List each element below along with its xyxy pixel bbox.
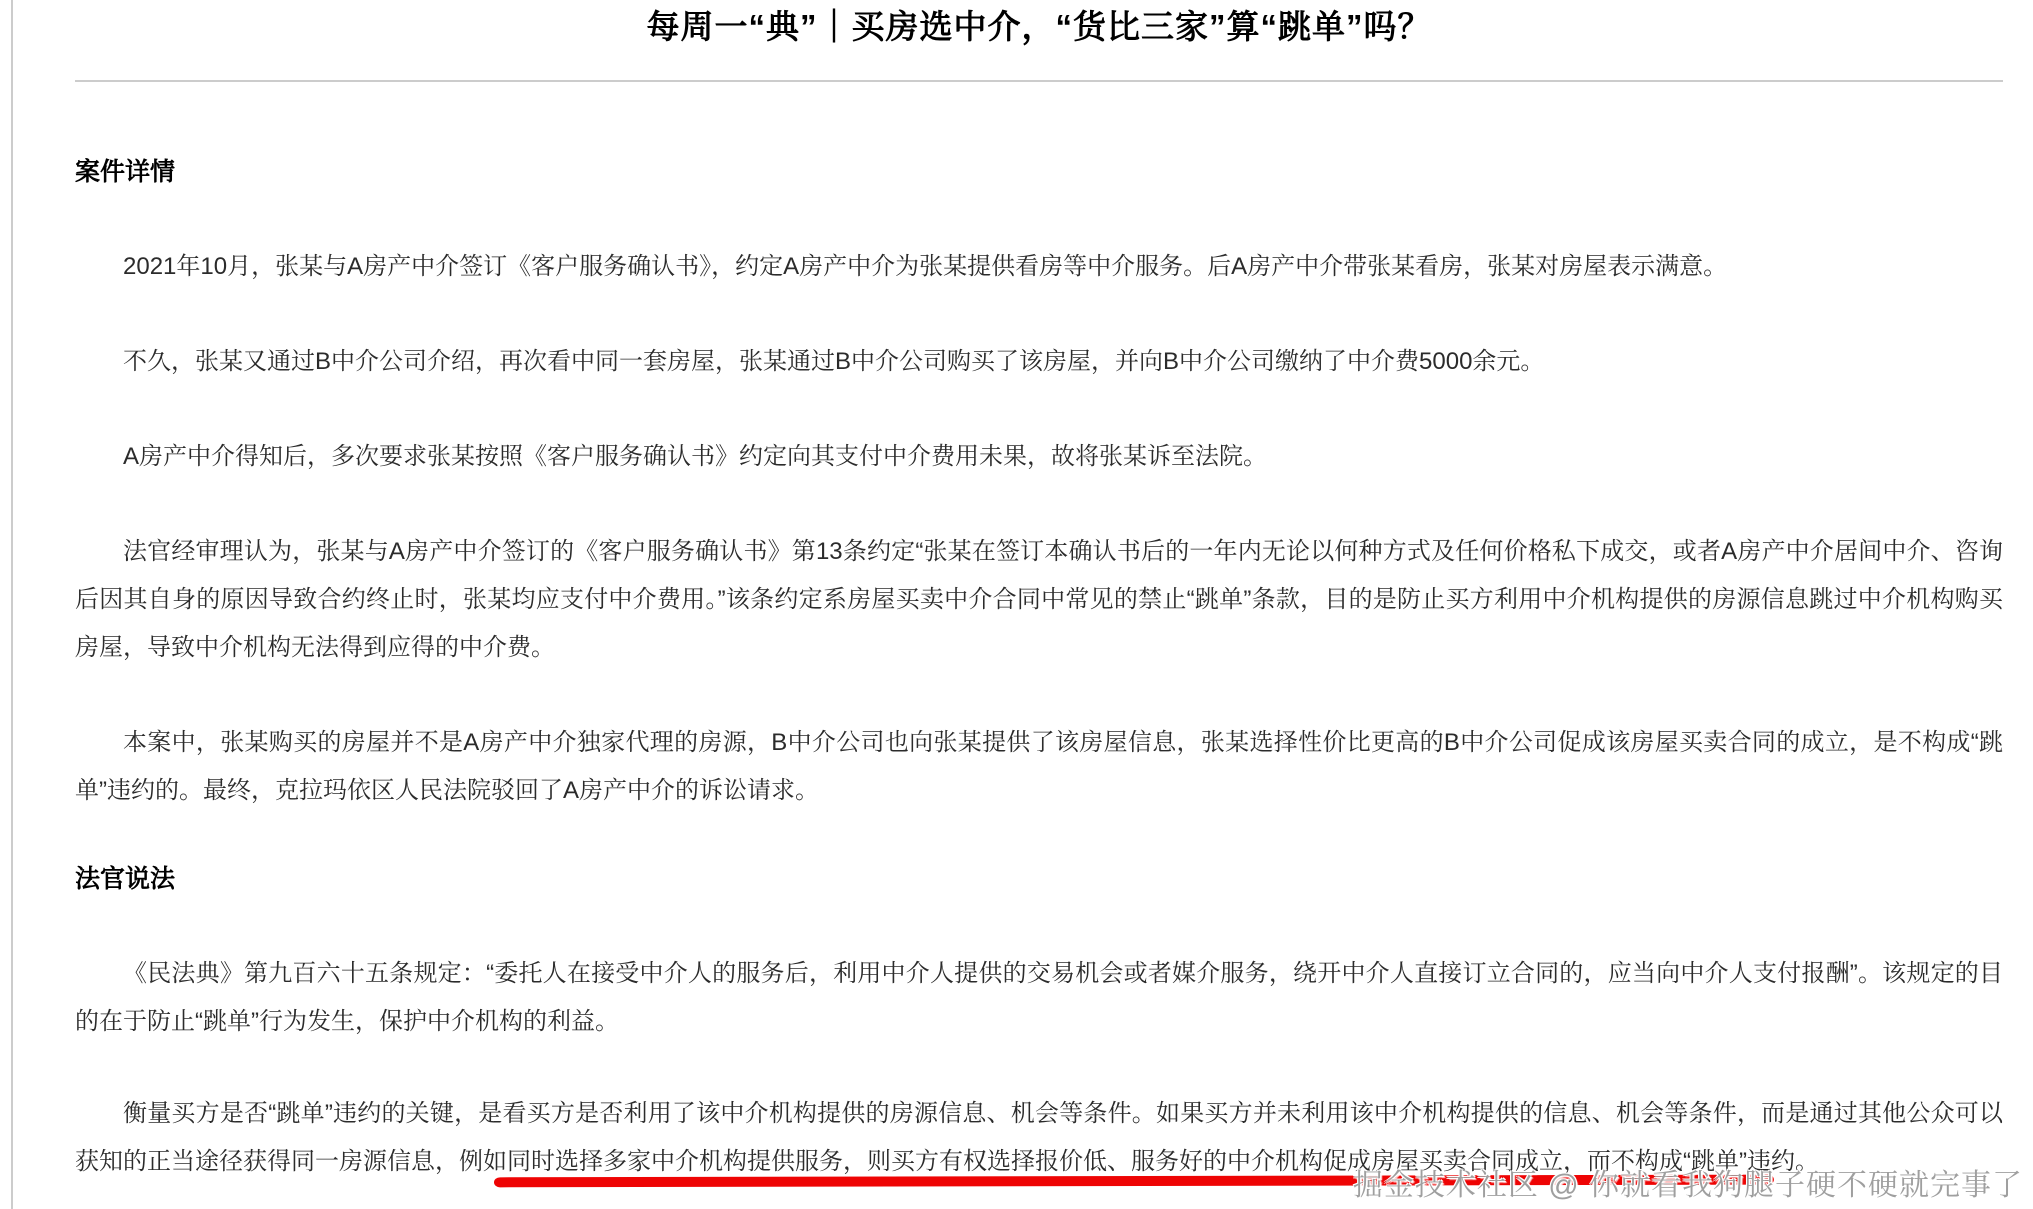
title-divider — [75, 80, 2003, 82]
paragraph: 2021年10月，张某与A房产中介签订《客户服务确认书》，约定A房产中介为张某提… — [75, 243, 2003, 291]
section-heading-case-details: 案件详情 — [75, 148, 2003, 196]
paragraph: 本案中，张某购买的房屋并不是A房产中介独家代理的房源，B中介公司也向张某提供了该… — [75, 719, 2003, 815]
article-title: 每周一“典”｜买房选中介，“货比三家”算“跳单”吗？ — [75, 0, 2003, 48]
paragraph: A房产中介得知后，多次要求张某按照《客户服务确认书》约定向其支付中介费用未果，故… — [75, 433, 2003, 481]
article-body: 每周一“典”｜买房选中介，“货比三家”算“跳单”吗？ 案件详情 2021年10月… — [0, 0, 2033, 1186]
section-heading-judge-statement: 法官说法 — [75, 855, 2003, 903]
paragraph: 不久，张某又通过B中介公司介绍，再次看中同一套房屋，张某通过B中介公司购买了该房… — [75, 338, 2003, 386]
article-page: 每周一“典”｜买房选中介，“货比三家”算“跳单”吗？ 案件详情 2021年10月… — [0, 0, 2033, 1209]
paragraph: 《民法典》第九百六十五条规定：“委托人在接受中介人的服务后，利用中介人提供的交易… — [75, 950, 2003, 1046]
watermark-text: 掘金技术社区 @ 你就看我狗腿子硬不硬就完事了 — [1353, 1160, 2023, 1204]
paragraph: 法官经审理认为，张某与A房产中介签订的《客户服务确认书》第13条约定“张某在签订… — [75, 528, 2003, 672]
